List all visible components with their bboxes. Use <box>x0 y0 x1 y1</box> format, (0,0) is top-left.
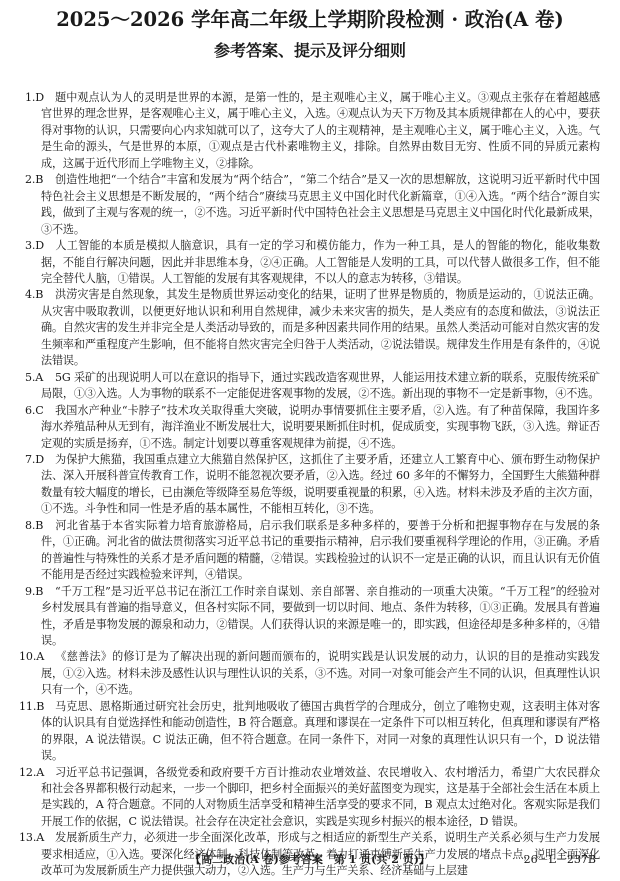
answer-item-10: 10.A 《慈善法》的修订是为了解决出现的新问题而颁布的，说明实践是认识发展的动… <box>22 649 600 698</box>
footer-page-info: 【高二政治(A 卷)参考答案 第 1 页(共 2 页)】 <box>160 852 460 868</box>
item-number: 7.D <box>25 452 44 468</box>
item-explanation: 马克思、恩格斯通过研究社会历史，批判地吸收了德国古典哲学的合理成分，创立了唯物史… <box>41 700 600 762</box>
answer-item-12: 12.A 习近平总书记强调，各级党委和政府要千方百计推动农业增效益、农民增收入、… <box>22 765 600 831</box>
answer-item-7: 7.D 为保护大熊猫，我国重点建立大熊猫自然保护区，这抓住了主要矛盾，还建立人工… <box>22 452 600 518</box>
item-number: 5.A <box>25 370 43 386</box>
item-number: 10.A <box>19 649 44 665</box>
item-explanation: 题中观点认为人的灵明是世界的本源，是第一性的，是主观唯心主义，属于唯心主义。③观… <box>41 91 600 170</box>
item-number: 12.A <box>19 765 44 781</box>
item-number: 8.B <box>25 518 43 534</box>
item-number: 6.C <box>25 403 44 419</box>
item-number: 11.B <box>19 699 44 715</box>
item-explanation: 洪涝灾害是自然现象，其发生是物质世界运动变化的结果，证明了世界是物质的，物质是运… <box>41 288 600 367</box>
item-explanation: 《慈善法》的修订是为了解决出现的新问题而颁布的，说明实践是认识发展的动力，认识的… <box>41 650 600 696</box>
answer-item-1: 1.D 题中观点认为人的灵明是世界的本源，是第一性的，是主观唯心主义，属于唯心主… <box>22 90 600 172</box>
answer-item-6: 6.C 我国水产种业“卡脖子”技术攻关取得重大突破，说明办事情要抓住主要矛盾，②… <box>22 403 600 452</box>
page-title: 2025～2026 学年高二年级上学期阶段检测 · 政治(A 卷) <box>0 8 620 32</box>
answer-item-9: 9.B “千万工程”是习近平总书记在浙江工作时亲自谋划、亲自部署、亲自推动的一项… <box>22 584 600 650</box>
item-explanation: “千万工程”是习近平总书记在浙江工作时亲自谋划、亲自部署、亲自推动的一项重大决策… <box>41 585 600 647</box>
item-explanation: 人工智能的本质是模拟人脑意识，具有一定的学习和模仿能力，作为一种工具，是人的智能… <box>41 239 600 285</box>
item-number: 9.B <box>25 584 43 600</box>
page-subtitle: 参考答案、提示及评分细则 <box>0 40 620 62</box>
item-explanation: 河北省基于本省实际着力培育旅游格局，启示我们联系是多种多样的，要善于分析和把握事… <box>41 519 600 581</box>
answer-item-11: 11.B 马克思、恩格斯通过研究社会历史，批判地吸收了德国古典哲学的合理成分，创… <box>22 699 600 765</box>
item-number: 3.D <box>25 238 44 254</box>
item-explanation: 5G 采矿的出现说明人可以在意识的指导下，通过实践改造客观世界，人能运用技术建立… <box>41 371 600 400</box>
item-number: 2.B <box>25 172 43 188</box>
answer-item-3: 3.D 人工智能的本质是模拟人脑意识，具有一定的学习和模仿能力，作为一种工具，是… <box>22 238 600 287</box>
item-explanation: 习近平总书记强调，各级党委和政府要千方百计推动农业增效益、农民增收入、农村增活力… <box>41 766 600 828</box>
answer-item-8: 8.B 河北省基于本省实际着力培育旅游格局，启示我们联系是多种多样的，要善于分析… <box>22 518 600 584</box>
item-explanation: 创造性地把“一个结合”丰富和发展为“两个结合”，“第二个结合”是又一次的思想解放… <box>41 173 600 235</box>
answer-list: 1.D 题中观点认为人的灵明是世界的本源，是第一性的，是主观唯心主义，属于唯心主… <box>22 90 600 880</box>
answer-item-2: 2.B 创造性地把“一个结合”丰富和发展为“两个结合”，“第二个结合”是又一次的… <box>22 172 600 238</box>
footer-doc-code: 26－L－237B <box>524 852 596 868</box>
item-number: 4.B <box>25 287 43 303</box>
item-number: 13.A <box>19 830 44 846</box>
answer-item-5: 5.A 5G 采矿的出现说明人可以在意识的指导下，通过实践改造客观世界，人能运用… <box>22 370 600 403</box>
item-number: 1.D <box>25 90 44 106</box>
answer-item-4: 4.B 洪涝灾害是自然现象，其发生是物质世界运动变化的结果，证明了世界是物质的，… <box>22 287 600 369</box>
item-explanation: 我国水产种业“卡脖子”技术攻关取得重大突破，说明办事情要抓住主要矛盾，②入选。有… <box>41 404 600 450</box>
item-explanation: 为保护大熊猫，我国重点建立大熊猫自然保护区，这抓住了主要矛盾，还建立人工繁育中心… <box>41 453 600 515</box>
